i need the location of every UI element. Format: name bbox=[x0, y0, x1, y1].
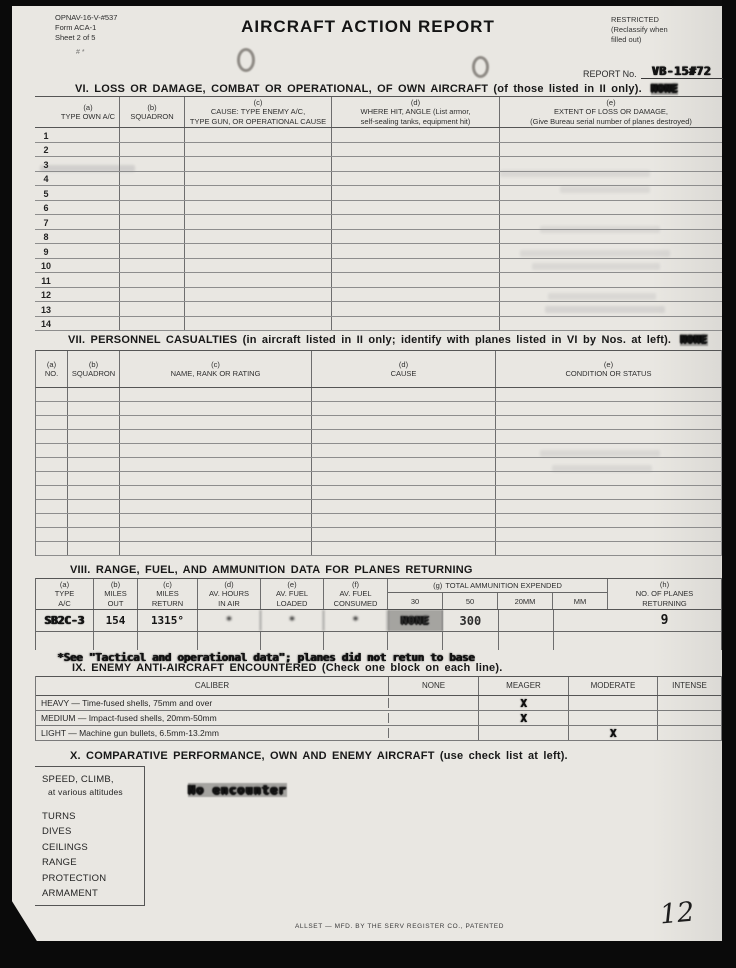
table-row: 7 bbox=[35, 215, 722, 230]
cell-planes-returning: 9 bbox=[608, 610, 721, 631]
table-cell bbox=[185, 259, 332, 273]
section7-heading-text: VII. PERSONNEL CASUALTIES (in aircraft l… bbox=[68, 334, 671, 346]
column-header-d: (d)CAUSE bbox=[312, 351, 496, 387]
column-gutter bbox=[35, 97, 57, 127]
table-cell bbox=[68, 500, 120, 513]
table-cell bbox=[496, 416, 721, 429]
table-cell bbox=[312, 500, 496, 513]
column-header-e: (e)CONDITION OR STATUS bbox=[496, 351, 721, 387]
table-cell bbox=[68, 486, 120, 499]
section8-empty-row bbox=[36, 632, 721, 650]
table-cell bbox=[68, 472, 120, 485]
column-label: CONDITION OR STATUS bbox=[566, 369, 652, 378]
section6-typed-answer: NONE bbox=[651, 83, 678, 95]
table-cell bbox=[496, 430, 721, 443]
table-cell bbox=[68, 458, 120, 471]
table-cell bbox=[332, 157, 500, 171]
column-letter: (e) bbox=[606, 98, 615, 107]
section9-heading: IX. ENEMY ANTI-AIRCRAFT ENCOUNTERED (Che… bbox=[72, 662, 503, 674]
table-cell bbox=[57, 128, 120, 142]
column-header-b: (b)SQUADRON bbox=[68, 351, 120, 387]
table-cell bbox=[500, 186, 722, 200]
table-cell bbox=[57, 230, 120, 244]
column-label: TYPE OWN A/C bbox=[61, 112, 115, 121]
table-cell bbox=[120, 273, 185, 287]
table-cell bbox=[500, 157, 722, 171]
aa-table-row: MEDIUM — Impact-fused shells, 20mm-50mmX bbox=[36, 711, 721, 726]
table-cell bbox=[312, 486, 496, 499]
report-number-value: VB-15#72 bbox=[652, 64, 711, 78]
table-cell bbox=[120, 230, 185, 244]
table-row: 4 bbox=[35, 172, 722, 187]
aa-check-cell-intense bbox=[658, 696, 721, 710]
table-row bbox=[36, 542, 721, 556]
section6-table: (a)TYPE OWN A/C(b)SQUADRON(c)CAUSE: TYPE… bbox=[35, 96, 722, 331]
table-cell bbox=[185, 215, 332, 229]
table-row bbox=[36, 444, 721, 458]
table-cell bbox=[312, 388, 496, 401]
row-number: 12 bbox=[35, 288, 57, 302]
column-label: CAUSE bbox=[391, 369, 417, 378]
table-cell bbox=[500, 143, 722, 157]
table-cell bbox=[332, 244, 500, 258]
table-cell bbox=[332, 186, 500, 200]
table-cell bbox=[312, 458, 496, 471]
table-cell bbox=[57, 273, 120, 287]
table-cell bbox=[57, 157, 120, 171]
column-header-ammo-20mm: 20MM bbox=[498, 593, 553, 609]
aa-caliber-label: HEAVY — Time-fused shells, 75mm and over bbox=[36, 698, 389, 708]
table-cell bbox=[332, 143, 500, 157]
aa-check-cell-moderate bbox=[569, 711, 658, 725]
table-cell bbox=[120, 201, 185, 215]
table-row: 14 bbox=[35, 317, 722, 332]
table-cell bbox=[68, 430, 120, 443]
cell-miles-return: 1315° bbox=[138, 610, 198, 631]
table-cell bbox=[36, 514, 68, 527]
table-cell bbox=[36, 472, 68, 485]
column-header-e: (e)EXTENT OF LOSS OR DAMAGE, (Give Burea… bbox=[500, 97, 722, 127]
table-cell bbox=[312, 444, 496, 457]
section10-heading: X. COMPARATIVE PERFORMANCE, OWN AND ENEM… bbox=[70, 750, 568, 762]
table-cell bbox=[496, 402, 721, 415]
column-header-caliber: CALIBER bbox=[36, 677, 389, 695]
table-row bbox=[36, 388, 721, 402]
table-cell bbox=[185, 302, 332, 316]
table-cell bbox=[185, 143, 332, 157]
section6-heading: VI. LOSS OR DAMAGE, COMBAT OR OPERATIONA… bbox=[75, 83, 678, 95]
column-header-b: (b)SQUADRON bbox=[120, 97, 185, 127]
table-cell bbox=[332, 172, 500, 186]
table-cell bbox=[120, 186, 185, 200]
row-number: 10 bbox=[35, 259, 57, 273]
table-row bbox=[36, 514, 721, 528]
table-cell bbox=[36, 486, 68, 499]
table-cell bbox=[120, 244, 185, 258]
column-letter: (d) bbox=[411, 98, 420, 107]
column-letter: (b) bbox=[147, 103, 156, 112]
table-cell bbox=[312, 402, 496, 415]
row-number: 14 bbox=[35, 317, 57, 331]
table-cell bbox=[120, 172, 185, 186]
table-row bbox=[36, 458, 721, 472]
table-cell bbox=[120, 542, 312, 555]
scan-corner-artifact bbox=[0, 898, 40, 946]
table-cell bbox=[500, 244, 722, 258]
cell-ammo-group: NONE 300 bbox=[388, 610, 608, 631]
column-header-intense: INTENSE bbox=[658, 677, 721, 695]
printer-imprint: ALLSET — MFD. BY THE SERV REGISTER CO., … bbox=[295, 923, 504, 930]
table-cell bbox=[120, 472, 312, 485]
table-cell bbox=[57, 215, 120, 229]
table-cell bbox=[185, 157, 332, 171]
cell-fuel-loaded: * bbox=[261, 610, 324, 631]
table-cell bbox=[500, 259, 722, 273]
table-cell bbox=[496, 486, 721, 499]
table-cell bbox=[185, 201, 332, 215]
table-row bbox=[36, 472, 721, 486]
table-cell bbox=[185, 288, 332, 302]
checklist-item: TURNS bbox=[42, 811, 144, 822]
section7-table-header: (a)NO.(b)SQUADRON(c)NAME, RANK OR RATING… bbox=[35, 350, 722, 388]
table-cell bbox=[120, 402, 312, 415]
row-number: 4 bbox=[35, 172, 57, 186]
cell-av-hours: * bbox=[198, 610, 261, 631]
table-cell bbox=[332, 259, 500, 273]
row-number: 13 bbox=[35, 302, 57, 316]
table-cell bbox=[500, 273, 722, 287]
table-cell bbox=[312, 472, 496, 485]
aa-check-mark: X bbox=[610, 727, 617, 740]
column-label: WHERE HIT, ANGLE (List armor, self-seali… bbox=[360, 107, 470, 126]
section7-table-body bbox=[35, 388, 722, 556]
section6-table-body: 1234567891011121314 bbox=[35, 128, 722, 331]
ammo-group-header: (g)TOTAL AMMUNITION EXPENDED 30 50 20MM … bbox=[388, 579, 608, 609]
table-cell bbox=[312, 514, 496, 527]
aa-check-mark: X bbox=[520, 697, 527, 710]
aa-check-cell-none bbox=[389, 711, 479, 725]
column-header-fuel-consumed: (f)AV. FUEL CONSUMED bbox=[324, 579, 388, 609]
column-letter: (a) bbox=[47, 360, 56, 369]
row-number: 6 bbox=[35, 201, 57, 215]
section8-table: (a)TYPE A/C (b)MILES OUT (c)MILES RETURN… bbox=[35, 578, 722, 650]
classification-note: (Reclassify when filled out) bbox=[611, 25, 668, 45]
table-cell bbox=[57, 201, 120, 215]
aa-table-row: LIGHT — Machine gun bullets, 6.5mm-13.2m… bbox=[36, 726, 721, 741]
table-row: 3 bbox=[35, 157, 722, 172]
table-row bbox=[36, 416, 721, 430]
table-cell bbox=[36, 500, 68, 513]
table-cell bbox=[120, 486, 312, 499]
scan-border-top bbox=[0, 0, 736, 6]
column-header-moderate: MODERATE bbox=[569, 677, 658, 695]
column-header-ammo-30: 30 bbox=[388, 593, 443, 609]
aa-caliber-label: LIGHT — Machine gun bullets, 6.5mm-13.2m… bbox=[36, 728, 389, 738]
table-cell bbox=[185, 128, 332, 142]
table-row: 9 bbox=[35, 244, 722, 259]
table-row bbox=[36, 430, 721, 444]
report-number-line: VB-15#72 bbox=[641, 64, 723, 79]
row-number: 2 bbox=[35, 143, 57, 157]
form-marks: # * bbox=[76, 49, 85, 56]
section8-heading: VIII. RANGE, FUEL, AND AMMUNITION DATA F… bbox=[70, 564, 473, 576]
row-number: 1 bbox=[35, 128, 57, 142]
table-cell bbox=[332, 288, 500, 302]
table-cell bbox=[57, 317, 120, 331]
table-cell bbox=[68, 528, 120, 541]
checklist-item: PROTECTION bbox=[42, 873, 144, 884]
table-cell bbox=[496, 514, 721, 527]
aa-check-cell-intense bbox=[658, 711, 721, 725]
table-cell bbox=[120, 458, 312, 471]
table-row: 8 bbox=[35, 230, 722, 245]
table-cell bbox=[57, 172, 120, 186]
checklist-item: CEILINGS bbox=[42, 842, 144, 853]
table-cell bbox=[185, 172, 332, 186]
cell-ammo-30: NONE bbox=[388, 610, 443, 631]
table-cell bbox=[36, 388, 68, 401]
section7-table: (a)NO.(b)SQUADRON(c)NAME, RANK OR RATING… bbox=[35, 350, 722, 556]
table-row bbox=[36, 500, 721, 514]
table-cell bbox=[496, 500, 721, 513]
page-number: 12 bbox=[659, 897, 696, 931]
checklist-item: SPEED, CLIMB, bbox=[42, 774, 144, 785]
ink-smudge bbox=[237, 48, 255, 72]
cell-type-ac: SB2C-3 bbox=[36, 610, 94, 631]
column-header-av-hours: (d)AV. HOURS IN AIR bbox=[198, 579, 261, 609]
row-number: 9 bbox=[35, 244, 57, 258]
cell-fuel-consumed: * bbox=[324, 610, 388, 631]
table-cell bbox=[120, 388, 312, 401]
table-row: 13 bbox=[35, 302, 722, 317]
table-cell bbox=[120, 500, 312, 513]
table-cell bbox=[496, 388, 721, 401]
table-row bbox=[36, 486, 721, 500]
table-cell bbox=[332, 128, 500, 142]
table-cell bbox=[332, 302, 500, 316]
classification-label: RESTRICTED bbox=[611, 15, 668, 25]
scan-border-left bbox=[0, 0, 12, 968]
aa-table-row: HEAVY — Time-fused shells, 75mm and over… bbox=[36, 696, 721, 711]
table-cell bbox=[185, 244, 332, 258]
table-cell bbox=[500, 230, 722, 244]
table-cell bbox=[57, 288, 120, 302]
checklist-item: at various altitudes bbox=[48, 787, 144, 797]
section6-table-header: (a)TYPE OWN A/C(b)SQUADRON(c)CAUSE: TYPE… bbox=[35, 96, 722, 128]
table-cell bbox=[36, 444, 68, 457]
column-header-ammo-mm: MM bbox=[553, 593, 607, 609]
aa-check-cell-meager: X bbox=[479, 696, 569, 710]
column-letter: (c) bbox=[254, 98, 263, 107]
table-cell bbox=[500, 302, 722, 316]
table-cell bbox=[496, 458, 721, 471]
row-number: 5 bbox=[35, 186, 57, 200]
section9-table-header: CALIBER NONE MEAGER MODERATE INTENSE bbox=[36, 676, 721, 696]
table-cell bbox=[120, 514, 312, 527]
table-cell bbox=[120, 302, 185, 316]
table-cell bbox=[185, 230, 332, 244]
cell-ammo-20mm bbox=[499, 610, 554, 631]
table-cell bbox=[68, 402, 120, 415]
table-cell bbox=[496, 472, 721, 485]
ammo-group-title: (g)TOTAL AMMUNITION EXPENDED bbox=[388, 579, 607, 593]
table-cell bbox=[120, 288, 185, 302]
scan-border-bottom bbox=[0, 941, 736, 968]
table-cell bbox=[120, 143, 185, 157]
column-letter: (a) bbox=[83, 103, 92, 112]
column-header-d: (d)WHERE HIT, ANGLE (List armor, self-se… bbox=[332, 97, 500, 127]
table-cell bbox=[312, 430, 496, 443]
table-cell bbox=[500, 215, 722, 229]
table-cell bbox=[120, 215, 185, 229]
scanned-document-page: { "header": { "form_lines": "OPNAV-16-V-… bbox=[0, 0, 736, 968]
aa-caliber-label: MEDIUM — Impact-fused shells, 20mm-50mm bbox=[36, 713, 389, 723]
table-cell bbox=[332, 273, 500, 287]
table-cell bbox=[500, 288, 722, 302]
aa-check-cell-none bbox=[389, 696, 479, 710]
table-cell bbox=[120, 128, 185, 142]
table-cell bbox=[36, 430, 68, 443]
column-letter: (c) bbox=[211, 360, 220, 369]
table-cell bbox=[312, 416, 496, 429]
table-cell bbox=[68, 416, 120, 429]
table-cell bbox=[500, 317, 722, 331]
ammo-sub-columns: 30 50 20MM MM bbox=[388, 593, 607, 609]
column-header-miles-return: (c)MILES RETURN bbox=[138, 579, 198, 609]
table-cell bbox=[500, 201, 722, 215]
row-number: 3 bbox=[35, 157, 57, 171]
table-cell bbox=[68, 542, 120, 555]
cell-ammo-50: 300 bbox=[443, 610, 498, 631]
table-cell bbox=[312, 528, 496, 541]
column-header-ammo-50: 50 bbox=[443, 593, 498, 609]
table-cell bbox=[185, 317, 332, 331]
table-cell bbox=[120, 430, 312, 443]
column-label: EXTENT OF LOSS OR DAMAGE, (Give Bureau s… bbox=[530, 107, 692, 126]
checklist-item: ARMAMENT bbox=[42, 888, 144, 899]
table-cell bbox=[496, 542, 721, 555]
table-row: 10 bbox=[35, 259, 722, 274]
column-label: NAME, RANK OR RATING bbox=[171, 369, 261, 378]
column-letter: (e) bbox=[604, 360, 613, 369]
table-row: 11 bbox=[35, 273, 722, 288]
cell-miles-out: 154 bbox=[94, 610, 138, 631]
aa-check-cell-intense bbox=[658, 726, 721, 740]
table-cell bbox=[120, 528, 312, 541]
table-cell bbox=[185, 186, 332, 200]
table-cell bbox=[312, 542, 496, 555]
column-header-a: (a)NO. bbox=[36, 351, 68, 387]
column-label: SQUADRON bbox=[130, 112, 173, 121]
table-cell bbox=[496, 528, 721, 541]
table-row bbox=[36, 402, 721, 416]
table-cell bbox=[496, 444, 721, 457]
aa-check-cell-meager: X bbox=[479, 711, 569, 725]
table-cell bbox=[36, 416, 68, 429]
column-header-planes-returning: (h)NO. OF PLANES RETURNING bbox=[608, 579, 721, 609]
table-cell bbox=[332, 230, 500, 244]
table-cell bbox=[68, 514, 120, 527]
section7-typed-answer: NONE bbox=[680, 334, 707, 346]
section6-heading-text: VI. LOSS OR DAMAGE, COMBAT OR OPERATIONA… bbox=[75, 83, 642, 95]
table-cell bbox=[500, 172, 722, 186]
table-cell bbox=[36, 528, 68, 541]
report-number: REPORT No.VB-15#72 bbox=[583, 64, 723, 79]
classification-block: RESTRICTED (Reclassify when filled out) bbox=[611, 15, 668, 44]
table-cell bbox=[120, 317, 185, 331]
section9-table-body: HEAVY — Time-fused shells, 75mm and over… bbox=[36, 696, 721, 741]
table-cell bbox=[120, 157, 185, 171]
table-cell bbox=[332, 317, 500, 331]
column-header-miles-out: (b)MILES OUT bbox=[94, 579, 138, 609]
table-cell bbox=[120, 416, 312, 429]
table-cell bbox=[57, 244, 120, 258]
table-row: 6 bbox=[35, 201, 722, 216]
scan-border-right bbox=[722, 0, 736, 968]
table-cell bbox=[36, 402, 68, 415]
aa-check-mark: X bbox=[520, 712, 527, 725]
table-row: 1 bbox=[35, 128, 722, 143]
column-label: CAUSE: TYPE ENEMY A/C, TYPE GUN, OR OPER… bbox=[190, 107, 326, 126]
column-header-a: (a)TYPE OWN A/C bbox=[57, 97, 120, 127]
aa-check-cell-none bbox=[389, 726, 479, 740]
table-cell bbox=[57, 143, 120, 157]
table-row: 2 bbox=[35, 143, 722, 158]
section8-table-header: (a)TYPE A/C (b)MILES OUT (c)MILES RETURN… bbox=[36, 578, 721, 610]
cell-ammo-mm bbox=[554, 610, 608, 631]
table-row bbox=[36, 528, 721, 542]
row-number: 7 bbox=[35, 215, 57, 229]
column-header-c: (c)CAUSE: TYPE ENEMY A/C, TYPE GUN, OR O… bbox=[185, 97, 332, 127]
table-cell bbox=[68, 444, 120, 457]
aa-check-cell-meager bbox=[479, 726, 569, 740]
section9-table: CALIBER NONE MEAGER MODERATE INTENSE HEA… bbox=[35, 676, 722, 741]
checklist-item: DIVES bbox=[42, 826, 144, 837]
column-header-type-ac: (a)TYPE A/C bbox=[36, 579, 94, 609]
table-cell bbox=[57, 259, 120, 273]
table-cell bbox=[185, 273, 332, 287]
table-cell bbox=[36, 542, 68, 555]
table-cell bbox=[120, 444, 312, 457]
ink-smudge bbox=[472, 56, 489, 78]
column-header-meager: MEAGER bbox=[479, 677, 569, 695]
table-cell bbox=[57, 186, 120, 200]
table-cell bbox=[332, 201, 500, 215]
column-header-fuel-loaded: (e)AV. FUEL LOADED bbox=[261, 579, 324, 609]
table-row: 12 bbox=[35, 288, 722, 303]
performance-checklist: SPEED, CLIMB,at various altitudesTURNSDI… bbox=[35, 766, 145, 906]
aa-check-cell-moderate bbox=[569, 696, 658, 710]
table-cell bbox=[500, 128, 722, 142]
table-cell bbox=[36, 458, 68, 471]
checklist-item: RANGE bbox=[42, 857, 144, 868]
row-number: 8 bbox=[35, 230, 57, 244]
typed-no-encounter: No encounter bbox=[188, 783, 287, 797]
table-row: 5 bbox=[35, 186, 722, 201]
table-cell bbox=[68, 388, 120, 401]
column-letter: (d) bbox=[399, 360, 408, 369]
aa-check-cell-moderate: X bbox=[569, 726, 658, 740]
table-cell bbox=[332, 215, 500, 229]
column-header-none: NONE bbox=[389, 677, 479, 695]
table-cell bbox=[57, 302, 120, 316]
report-number-label: REPORT No. bbox=[583, 69, 637, 79]
column-header-c: (c)NAME, RANK OR RATING bbox=[120, 351, 312, 387]
section7-heading: VII. PERSONNEL CASUALTIES (in aircraft l… bbox=[68, 334, 708, 346]
table-cell bbox=[120, 259, 185, 273]
row-number: 11 bbox=[35, 273, 57, 287]
column-label: SQUADRON bbox=[72, 369, 115, 378]
